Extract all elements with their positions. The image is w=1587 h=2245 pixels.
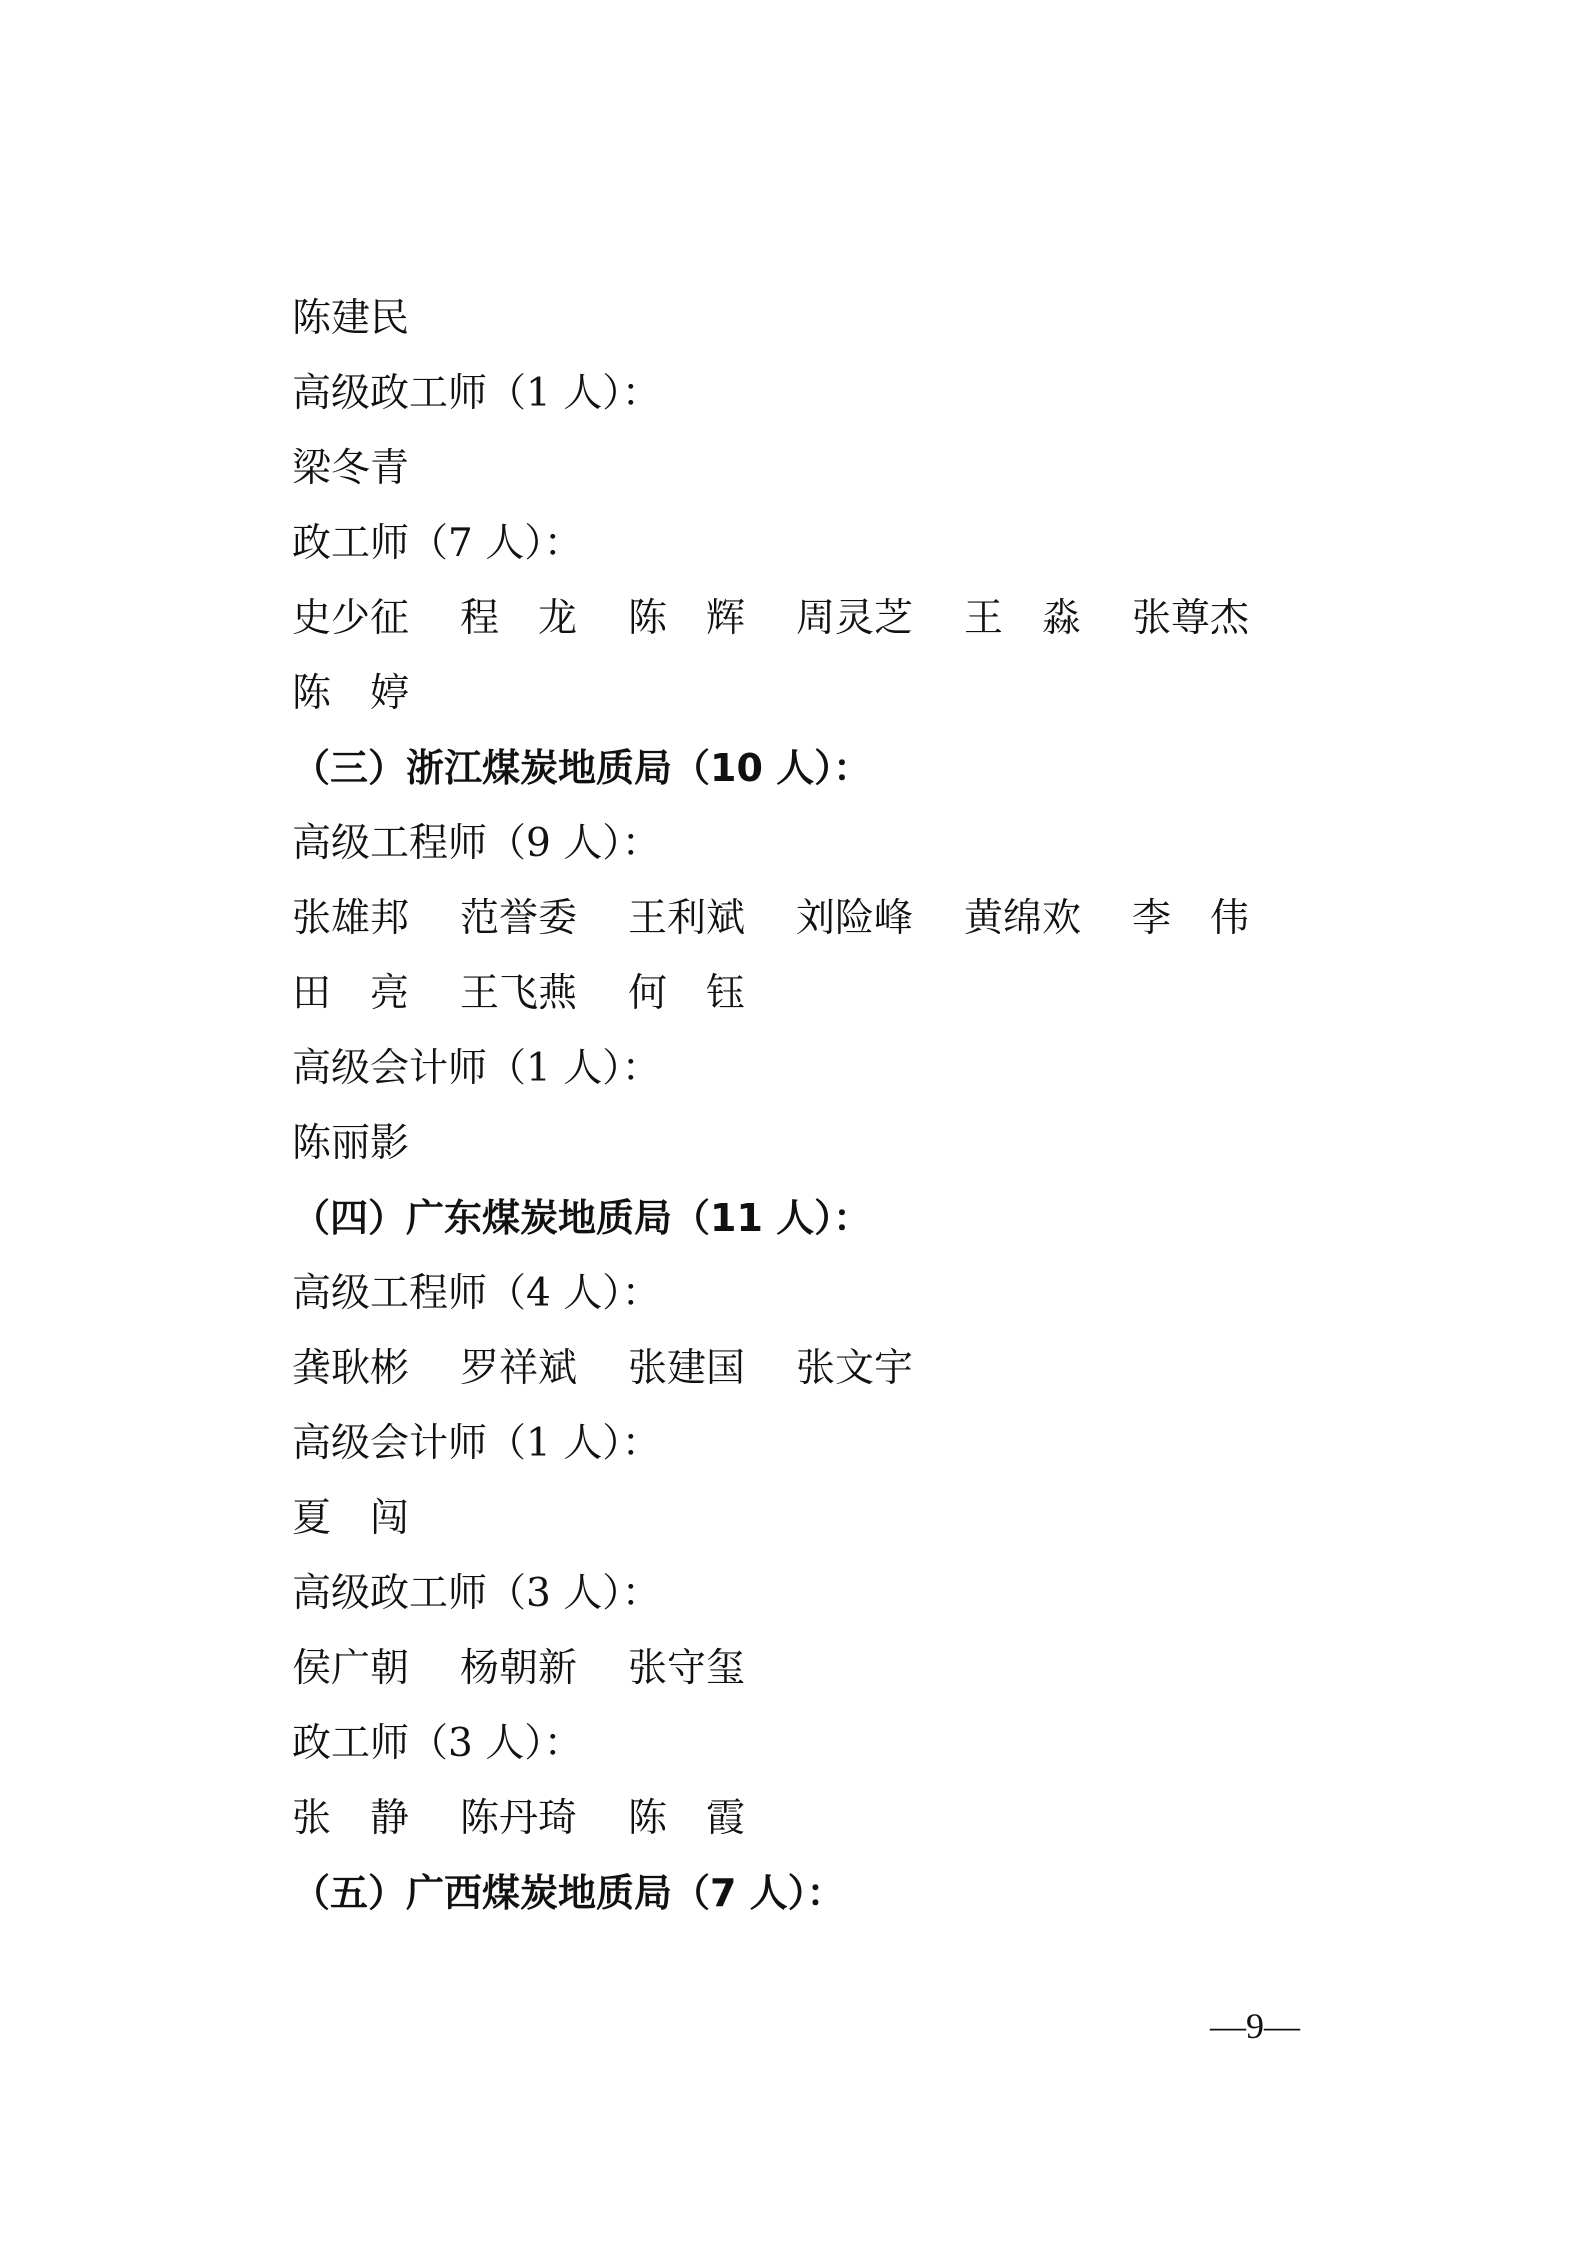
person-name: 张雄邦 [292,881,460,956]
person-name: 张尊杰 [1132,581,1300,656]
person-name: 黄绵欢 [964,881,1132,956]
name-row: 陈建民 [292,281,460,356]
person-name: 陈建民 [292,281,460,356]
title-category-label: 政工师（7 人）： [292,506,583,581]
person-name: 侯广朝 [292,1631,460,1706]
title-category-label: 高级政工师（1 人）： [292,356,661,431]
person-name: 王利斌 [628,881,796,956]
person-name: 罗祥斌 [460,1331,628,1406]
person-name: 何 钰 [628,956,796,1031]
person-name: 李 伟 [1132,881,1300,956]
name-row: 陈 婷 [292,656,460,731]
title-category-label: 政工师（3 人）： [292,1706,583,1781]
title-category-label: 高级政工师（3 人）： [292,1556,661,1631]
section-heading: （三）浙江煤炭地质局（10 人）： [292,731,871,806]
name-row: 陈丽影 [292,1106,460,1181]
title-category-label: 高级会计师（1 人）： [292,1031,661,1106]
person-name: 范誉委 [460,881,628,956]
person-name: 王飞燕 [460,956,628,1031]
document-page: 陈建民高级政工师（1 人）：梁冬青政工师（7 人）：史少征程 龙陈 辉周灵芝王 … [0,0,1587,2245]
page-number: —9— [1195,1998,1315,2054]
person-name: 田 亮 [292,956,460,1031]
person-name: 龚耿彬 [292,1331,460,1406]
person-name: 张建国 [628,1331,796,1406]
name-row: 侯广朝杨朝新张守玺 [292,1631,796,1706]
person-name: 王 淼 [964,581,1132,656]
person-name: 陈 婷 [292,656,460,731]
name-row: 田 亮王飞燕何 钰 [292,956,796,1031]
person-name: 张 静 [292,1781,460,1856]
name-row: 张 静陈丹琦陈 霞 [292,1781,796,1856]
person-name: 陈 霞 [628,1781,796,1856]
person-name: 周灵芝 [796,581,964,656]
person-name: 杨朝新 [460,1631,628,1706]
person-name: 刘险峰 [796,881,964,956]
name-row: 夏 闯 [292,1481,460,1556]
title-category-label: 高级工程师（9 人）： [292,806,661,881]
person-name: 张守玺 [628,1631,796,1706]
person-name: 程 龙 [460,581,628,656]
title-category-label: 高级工程师（4 人）： [292,1256,661,1331]
name-row: 梁冬青 [292,431,460,506]
title-category-label: 高级会计师（1 人）： [292,1406,661,1481]
name-row: 龚耿彬罗祥斌张建国张文宇 [292,1331,964,1406]
person-name: 夏 闯 [292,1481,460,1556]
person-name: 陈丹琦 [460,1781,628,1856]
name-row: 张雄邦范誉委王利斌刘险峰黄绵欢李 伟 [292,881,1300,956]
name-row: 史少征程 龙陈 辉周灵芝王 淼张尊杰 [292,581,1300,656]
person-name: 陈丽影 [292,1106,460,1181]
section-heading: （五）广西煤炭地质局（7 人）： [292,1856,845,1931]
person-name: 梁冬青 [292,431,460,506]
section-heading: （四）广东煤炭地质局（11 人）： [292,1181,871,1256]
person-name: 陈 辉 [628,581,796,656]
person-name: 史少征 [292,581,460,656]
person-name: 张文宇 [796,1331,964,1406]
